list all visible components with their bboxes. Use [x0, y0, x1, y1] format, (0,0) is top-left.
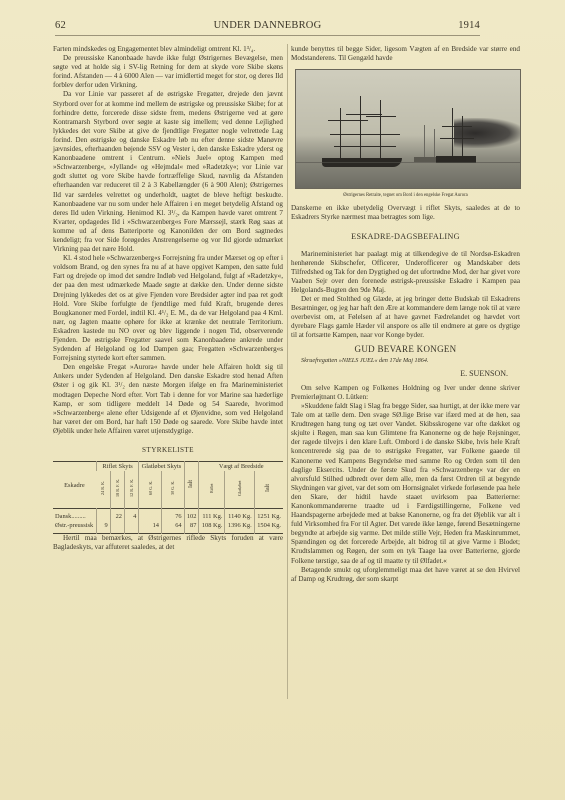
dateline: Skruefregatten »NIELS JUEL« den 17de Maj…	[291, 356, 520, 365]
sub-header: 60 G. K.	[139, 471, 162, 509]
paragraph: Det er med Stolthed og Glæde, at jeg bri…	[291, 295, 520, 340]
paragraph: Hertil maa bemærkes, at Østrigernes rifl…	[53, 534, 283, 552]
sub-header: Riflet	[199, 471, 225, 509]
running-year: 1914	[458, 20, 480, 31]
right-column: kunde benyttes til begge Sider, ligesom …	[291, 45, 520, 584]
frigate-icon	[316, 90, 406, 170]
sub-header: Ialt	[254, 471, 283, 509]
table-title: STYRKELISTE	[53, 446, 283, 455]
sub-header: 18 R. F. K.	[110, 471, 124, 509]
figure-caption: Østrigernes Retraite, tegnet om Bord i d…	[291, 191, 520, 200]
signature: E. SUENSON.	[291, 369, 520, 378]
paragraph: kunde benyttes til begge Sider, ligesom …	[291, 45, 520, 63]
table-row: Dansk......... 22 4 76 102 111 Kg. 1140 …	[53, 509, 283, 522]
col-header-eskadre: Eskadre	[53, 462, 96, 509]
paragraph: De preussiske Kanonbaade havde ikke fulg…	[53, 54, 283, 90]
strength-table: Eskadre Riflet Skyts Glatløbet Skyts Ial…	[53, 461, 283, 534]
section-title: ESKADRE-DAGSBEFALING	[291, 232, 520, 241]
paragraph: Marineministeriet har paalagt mig at til…	[291, 250, 520, 295]
paragraph: Da vor Linie var passeret af de østrigsk…	[53, 90, 283, 254]
ship-illustration	[295, 69, 521, 189]
running-header: 62 UNDER DANNEBROG 1914	[55, 20, 480, 36]
paragraph: »Skuddene faldt Slag i Slag fra begge Si…	[291, 402, 520, 566]
paragraph: Farten mindskedes og Engagementet blev a…	[53, 45, 283, 54]
column-divider	[287, 44, 288, 699]
book-page: 62 UNDER DANNEBROG 1914 Farten mindskede…	[0, 0, 565, 800]
god-save-the-king: GUD BEVARE KONGEN	[291, 345, 520, 354]
paragraph: Den engelske Fregat »Aurora« havde under…	[53, 363, 283, 436]
left-column: Farten mindskedes og Engagementet blev a…	[53, 45, 283, 553]
col-header-vaegt: Vægt af Bredside	[199, 462, 283, 472]
paragraph: Betagende smukt og uforglemmeligt maa de…	[291, 566, 520, 584]
sub-header: 24 R. K.	[96, 471, 110, 509]
col-header-riflet: Riflet Skyts	[96, 462, 138, 472]
sub-header: Glatløbet	[225, 471, 254, 509]
sub-header: 12 R. F. K.	[124, 471, 138, 509]
paragraph: Om selve Kampen og Folkenes Holdning og …	[291, 384, 520, 402]
paragraph: Danskerne en ikke ubetydelig Overvægt i …	[291, 204, 520, 222]
steam-frigate-icon	[436, 108, 476, 166]
paragraph: Kl. 4 stod hele »Schwarzenberg«s Forrejs…	[53, 254, 283, 363]
table-row: Østr.-preussisk 9 14 64 87 108 Kg. 1396 …	[53, 521, 283, 534]
col-header-ialt: Ialt	[184, 462, 199, 509]
running-title: UNDER DANNEBROG	[55, 20, 480, 31]
col-header-glatlobet: Glatløbet Skyts	[139, 462, 184, 472]
sub-header: 30 G. K.	[161, 471, 184, 509]
